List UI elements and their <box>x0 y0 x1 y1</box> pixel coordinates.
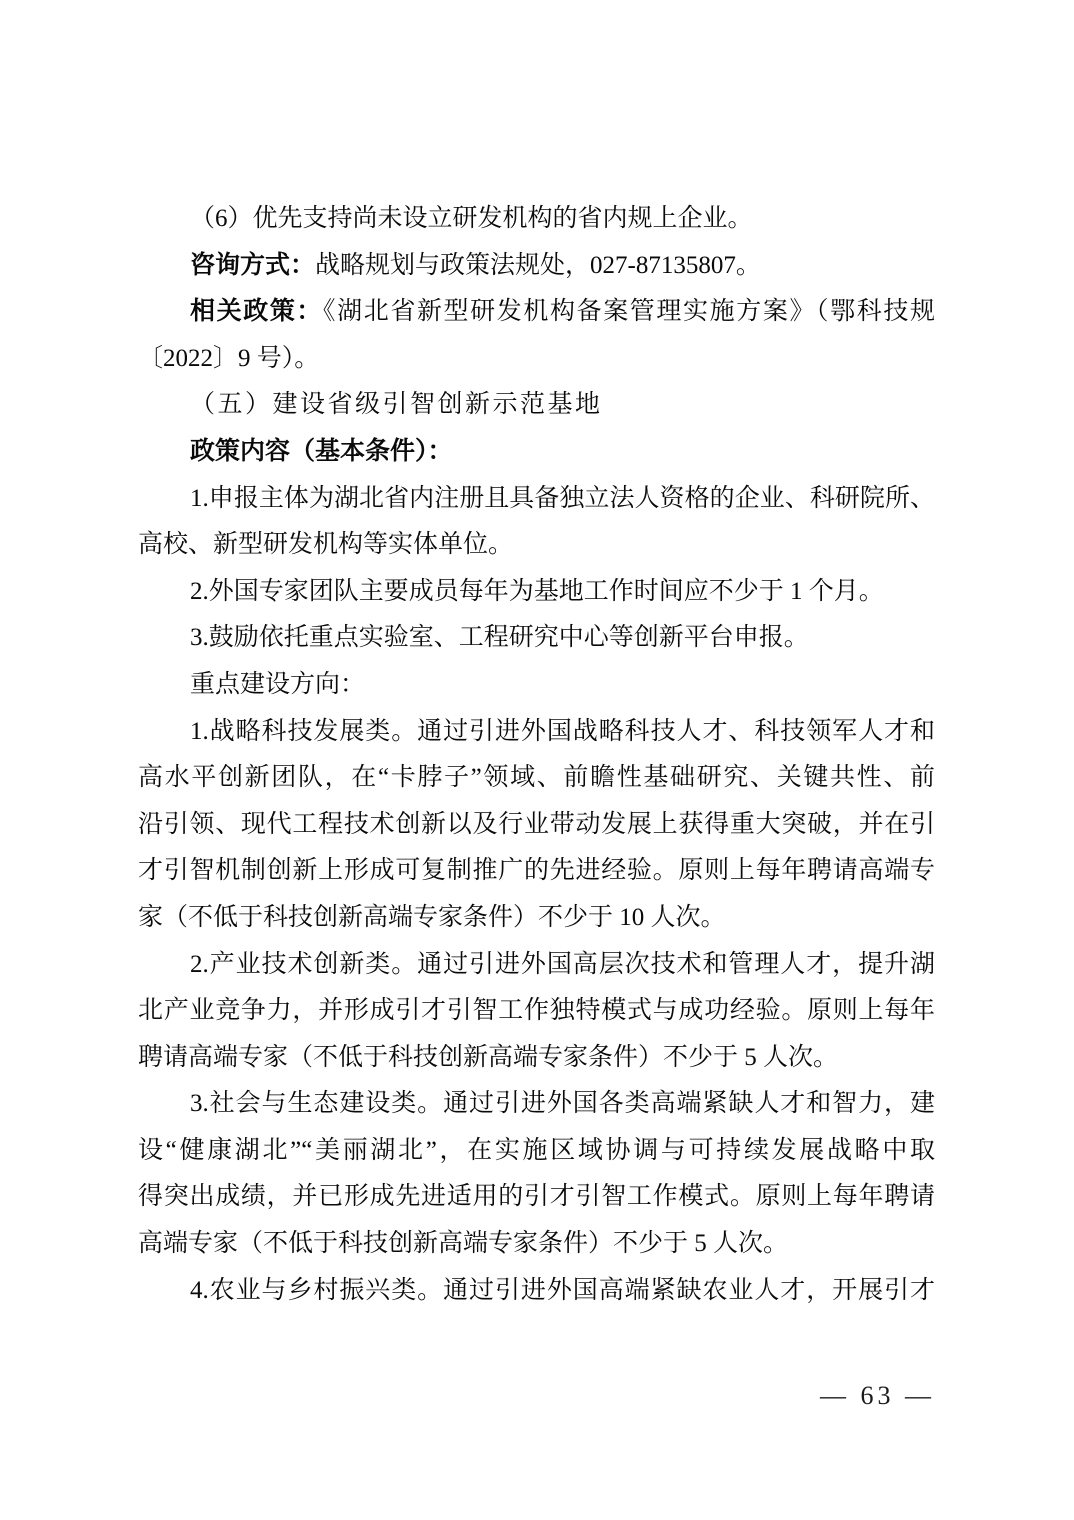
text-line: 高端专家（不低于科技创新高端专家条件）不少于 5 人次。 <box>138 1221 935 1268</box>
text-run: （五）建设省级引智创新示范基地 <box>190 391 603 418</box>
text-line: 家（不低于科技创新高端专家条件）不少于 10 人次。 <box>138 895 935 942</box>
text-line: 北产业竞争力，并形成引才引智工作独特模式与成功经验。原则上每年 <box>138 988 935 1035</box>
bold-run: 政策内容（基本条件）： <box>190 438 453 465</box>
text-line: 3.社会与生态建设类。通过引进外国各类高端紧缺人才和智力，建 <box>138 1081 935 1128</box>
text-run: 1.申报主体为湖北省内注册且具备独立法人资格的企业、科研院所、 <box>190 485 935 512</box>
paragraph: （五）建设省级引智创新示范基地 <box>138 382 935 429</box>
text-run: 3.鼓励依托重点实验室、工程研究中心等创新平台申报。 <box>190 624 809 651</box>
text-run: （6）优先支持尚未设立研发机构的省内规上企业。 <box>190 205 753 232</box>
text-run: 《湖北省新型研发机构备案管理实施方案》（鄂科技规 <box>323 298 935 325</box>
text-run: 家（不低于科技创新高端专家条件）不少于 10 人次。 <box>138 904 726 931</box>
text-line: 沿引领、现代工程技术创新以及行业带动发展上获得重大突破，并在引 <box>138 802 935 849</box>
text-line: 设“健康湖北”“美丽湖北”，在实施区域协调与可持续发展战略中取 <box>138 1128 935 1175</box>
text-run: 2.外国专家团队主要成员每年为基地工作时间应不少于 1 个月。 <box>190 578 884 605</box>
text-run: 设“健康湖北”“美丽湖北”，在实施区域协调与可持续发展战略中取 <box>138 1137 935 1164</box>
paragraph: 1.战略科技发展类。通过引进外国战略科技人才、科技领军人才和高水平创新团队，在“… <box>138 709 935 942</box>
text-run: 沿引领、现代工程技术创新以及行业带动发展上获得重大突破，并在引 <box>138 811 935 838</box>
text-line: 聘请高端专家（不低于科技创新高端专家条件）不少于 5 人次。 <box>138 1035 935 1082</box>
paragraph: 咨询方式：战略规划与政策法规处，027-87135807。 <box>138 243 935 290</box>
text-line: （6）优先支持尚未设立研发机构的省内规上企业。 <box>138 196 935 243</box>
text-line: 政策内容（基本条件）： <box>138 429 935 476</box>
page-footer: — 63 — <box>820 1381 935 1411</box>
document-page: （6）优先支持尚未设立研发机构的省内规上企业。咨询方式：战略规划与政策法规处，0… <box>0 0 1074 1520</box>
text-run: 重点建设方向： <box>190 671 365 698</box>
text-run: 高校、新型研发机构等实体单位。 <box>138 531 513 558</box>
paragraph: 1.申报主体为湖北省内注册且具备独立法人资格的企业、科研院所、高校、新型研发机构… <box>138 476 935 569</box>
bold-run: 相关政策： <box>190 298 323 325</box>
paragraph: 政策内容（基本条件）： <box>138 429 935 476</box>
text-run: 才引智机制创新上形成可复制推广的先进经验。原则上每年聘请高端专 <box>138 857 935 884</box>
text-line: 重点建设方向： <box>138 662 935 709</box>
text-line: 3.鼓励依托重点实验室、工程研究中心等创新平台申报。 <box>138 615 935 662</box>
text-run: 1.战略科技发展类。通过引进外国战略科技人才、科技领军人才和 <box>190 718 935 745</box>
text-run: 高水平创新团队，在“卡脖子”领域、前瞻性基础研究、关键共性、前 <box>138 764 935 791</box>
paragraph: 相关政策：《湖北省新型研发机构备案管理实施方案》（鄂科技规〔2022〕9 号）。 <box>138 289 935 382</box>
text-run: 得突出成绩，并已形成先进适用的引才引智工作模式。原则上每年聘请 <box>138 1183 935 1210</box>
text-run: 聘请高端专家（不低于科技创新高端专家条件）不少于 5 人次。 <box>138 1044 838 1071</box>
paragraph: 2.外国专家团队主要成员每年为基地工作时间应不少于 1 个月。 <box>138 569 935 616</box>
text-line: 2.外国专家团队主要成员每年为基地工作时间应不少于 1 个月。 <box>138 569 935 616</box>
text-line: 4.农业与乡村振兴类。通过引进外国高端紧缺农业人才，开展引才 <box>138 1268 935 1315</box>
text-line: 才引智机制创新上形成可复制推广的先进经验。原则上每年聘请高端专 <box>138 848 935 895</box>
page-number: — 63 — <box>820 1381 935 1410</box>
paragraph: 4.农业与乡村振兴类。通过引进外国高端紧缺农业人才，开展引才 <box>138 1268 935 1315</box>
text-line: 2.产业技术创新类。通过引进外国高层次技术和管理人才，提升湖 <box>138 942 935 989</box>
document-body: （6）优先支持尚未设立研发机构的省内规上企业。咨询方式：战略规划与政策法规处，0… <box>138 196 935 1314</box>
text-run: 战略规划与政策法规处，027-87135807。 <box>315 252 761 279</box>
text-line: 高水平创新团队，在“卡脖子”领域、前瞻性基础研究、关键共性、前 <box>138 755 935 802</box>
text-line: 得突出成绩，并已形成先进适用的引才引智工作模式。原则上每年聘请 <box>138 1174 935 1221</box>
text-line: 1.战略科技发展类。通过引进外国战略科技人才、科技领军人才和 <box>138 709 935 756</box>
text-line: 相关政策：《湖北省新型研发机构备案管理实施方案》（鄂科技规 <box>138 289 935 336</box>
paragraph: 3.社会与生态建设类。通过引进外国各类高端紧缺人才和智力，建设“健康湖北”“美丽… <box>138 1081 935 1267</box>
text-run: 北产业竞争力，并形成引才引智工作独特模式与成功经验。原则上每年 <box>138 997 935 1024</box>
text-line: 咨询方式：战略规划与政策法规处，027-87135807。 <box>138 243 935 290</box>
text-run: 〔2022〕9 号）。 <box>138 345 319 372</box>
text-line: （五）建设省级引智创新示范基地 <box>138 382 935 429</box>
text-run: 3.社会与生态建设类。通过引进外国各类高端紧缺人才和智力，建 <box>190 1090 935 1117</box>
text-line: 〔2022〕9 号）。 <box>138 336 935 383</box>
text-run: 4.农业与乡村振兴类。通过引进外国高端紧缺农业人才，开展引才 <box>190 1277 935 1304</box>
paragraph: 3.鼓励依托重点实验室、工程研究中心等创新平台申报。 <box>138 615 935 662</box>
text-run: 高端专家（不低于科技创新高端专家条件）不少于 5 人次。 <box>138 1230 788 1257</box>
text-line: 1.申报主体为湖北省内注册且具备独立法人资格的企业、科研院所、 <box>138 476 935 523</box>
text-run: 2.产业技术创新类。通过引进外国高层次技术和管理人才，提升湖 <box>190 951 935 978</box>
bold-run: 咨询方式： <box>190 252 315 279</box>
paragraph: （6）优先支持尚未设立研发机构的省内规上企业。 <box>138 196 935 243</box>
text-line: 高校、新型研发机构等实体单位。 <box>138 522 935 569</box>
paragraph: 2.产业技术创新类。通过引进外国高层次技术和管理人才，提升湖北产业竞争力，并形成… <box>138 942 935 1082</box>
paragraph: 重点建设方向： <box>138 662 935 709</box>
